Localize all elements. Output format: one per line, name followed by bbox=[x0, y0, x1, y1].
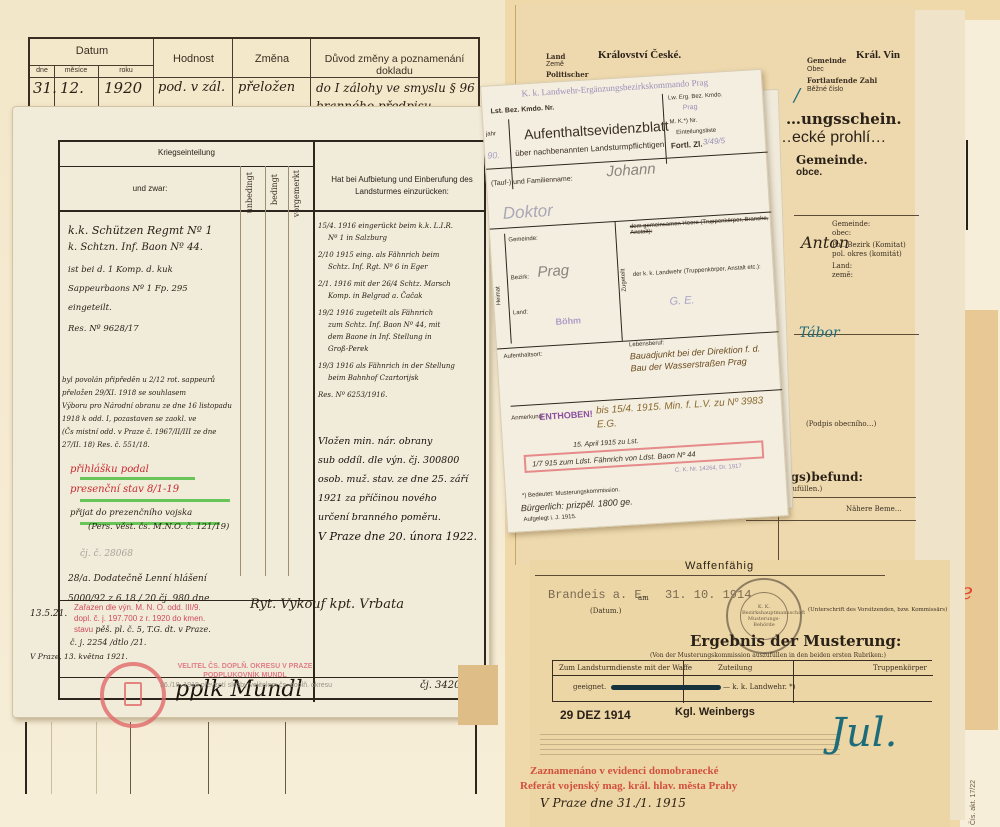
mk-label: M. K.*) Nr. bbox=[669, 118, 697, 126]
sub-roku: roku bbox=[98, 67, 154, 74]
zugeteilt-label: Zugeteilt bbox=[620, 268, 627, 291]
aufenthalt-label: Aufenthaltsort: bbox=[503, 352, 542, 360]
form-title-cz: …ecké prohlí… bbox=[776, 129, 886, 147]
green-entries: přijat do prezenčního vojska (Pers. věst… bbox=[70, 506, 229, 534]
col-vorgemerkt: vorgemerkt bbox=[292, 170, 301, 217]
hand-place: Tábor bbox=[799, 325, 840, 341]
value-hodnost: pod. v zál. bbox=[158, 80, 225, 95]
redaction-scribble bbox=[611, 685, 721, 690]
landwehr-label: der k. k. Landwehr (Truppenkörper, Ansta… bbox=[633, 263, 773, 278]
lebensberuf-label: Lebensberuf: bbox=[629, 340, 664, 348]
coat-of-arms-icon bbox=[124, 682, 142, 706]
waffenfaehig: Waffenfähig bbox=[685, 560, 754, 572]
value-dne: 31. bbox=[33, 79, 57, 97]
footer-stamp: 26./10. 1918 převzetí služby velitelem č… bbox=[160, 682, 332, 689]
und-zwar-header: und zwar: bbox=[60, 184, 240, 193]
podpis-label: (Podpis obecního…) bbox=[806, 420, 876, 428]
land-label: Land: bbox=[513, 310, 528, 317]
musterung-subtitle: (Von der Musterungskommission auszufülle… bbox=[650, 652, 886, 659]
obce-heading: obce. bbox=[796, 167, 822, 178]
header-datum: Datum bbox=[30, 45, 154, 57]
politischer-label: Politischer bbox=[546, 70, 588, 79]
hand-name: Anton bbox=[801, 233, 849, 252]
value-zmena: přeložen bbox=[238, 80, 295, 95]
zarazen-stamp: Zařazen dle výn. M. N. O. odd. III/9. do… bbox=[74, 602, 211, 635]
musterung-section: Waffenfähig Brandeis a. E. am 31. 10. 19… bbox=[530, 560, 950, 827]
landwehr-value: G. E. bbox=[669, 294, 695, 308]
fortl-label: Fortlaufende Zahl bbox=[807, 76, 877, 85]
zeme-label: Země bbox=[546, 61, 564, 68]
stamp-date: 13.5.21. bbox=[30, 609, 67, 619]
musterung-table: Zum Landsturmdienste mit der Waffe Zutei… bbox=[552, 660, 932, 702]
lw-value: Prag bbox=[683, 104, 698, 112]
header-zmena: Změna bbox=[233, 53, 311, 65]
musterung-place: Brandeis a. E. bbox=[548, 588, 649, 602]
value-roku: 1920 bbox=[104, 79, 142, 97]
gemeinde-label: Gemeinde: bbox=[508, 236, 538, 244]
bezirk-label: Bezirk: bbox=[511, 274, 530, 281]
lw-label: Lw. Erg. Bez. Kmdo. bbox=[668, 92, 723, 101]
form-title-de: …ungsschein. bbox=[786, 110, 902, 128]
musterung-place2: Kgl. Weinbergs bbox=[675, 706, 755, 718]
commander-signature: pplk Mundl bbox=[175, 677, 303, 702]
aufgelegt: Aufgelegt i. J. 1915. bbox=[523, 514, 576, 523]
stamp-ref: č. j. 2254 /dtlo /21. bbox=[70, 638, 146, 647]
red-entries: přihlášku podal presenční stav 8/1-19 bbox=[70, 460, 179, 500]
kriegseinteilung-header: Kriegseinteilung bbox=[60, 148, 313, 157]
land-label: Land bbox=[546, 52, 565, 61]
bezne-label: Běžné číslo bbox=[807, 86, 843, 93]
enthoben-stamp: ENTHOBEN! bbox=[539, 409, 593, 422]
red-round-stamp bbox=[100, 662, 166, 728]
changes-table: Datum Hodnost Změna Důvod změny a poznam… bbox=[28, 37, 480, 109]
ref-stamp: C. K. Nr. 14264, Dr. 1917 bbox=[675, 464, 742, 474]
einteilungsliste-label: Einteilungsliste bbox=[676, 128, 716, 136]
name-label: (Tauf-) und Familienname: bbox=[491, 176, 573, 188]
hand-bottom: Bürgerlich: prizpěl. 1800 ge. bbox=[521, 496, 633, 513]
card-subtitle: über nachbenannten Landsturmpflichtigen: bbox=[515, 140, 667, 158]
eingerueckt: 15. April 1915 zu Lst. bbox=[573, 438, 639, 449]
evidence-hand: V Praze dne 31./1. 1915 bbox=[540, 796, 686, 810]
right-entries: 15/4. 1916 eingerückt beim k.k. L.I.R. N… bbox=[318, 220, 486, 401]
right-note: Vložen min. nár. obrany sub oddíl. dle v… bbox=[318, 432, 488, 546]
first-name: Johann bbox=[606, 160, 656, 180]
gemeinde-value: Král. Vin bbox=[856, 49, 900, 61]
green-underline-1 bbox=[80, 477, 195, 480]
right-signature: Ryt. Vykouf kpt. Vrbata bbox=[250, 597, 404, 612]
last-name: Doktor bbox=[502, 201, 553, 224]
aufenthalt-card: K. k. Landwehr-Ergänzungsbezirkskommando… bbox=[480, 69, 789, 533]
land-value: Království České. bbox=[598, 49, 681, 61]
evidence-stamp-line2: Referát vojenský mag. král. hlav. města … bbox=[520, 780, 737, 792]
blue-signature: Jul. bbox=[830, 710, 897, 756]
left-entries: k.k. Schützen Regmt Nº 1 k. Schtzn. Inf.… bbox=[68, 224, 243, 344]
col-bedingt: bedingt bbox=[270, 174, 279, 205]
col-unbedingt: unbedingt bbox=[245, 172, 254, 213]
landsturm-card: Kriegseinteilung und zwar: unbedingt bed… bbox=[12, 106, 490, 718]
card-title: Aufenthaltsevidenzblatt bbox=[524, 118, 669, 143]
lst-label: Lst. Bez. Kmdo. Nr. bbox=[490, 105, 554, 116]
side-reference: Čís. akt. 17/22 bbox=[970, 780, 977, 825]
tan-tab bbox=[458, 665, 498, 725]
gemeinde-heading: Gemeinde. bbox=[796, 153, 868, 167]
gemeinde-label: Gemeinde bbox=[807, 56, 846, 65]
header-hodnost: Hodnost bbox=[154, 53, 233, 65]
far-right-page: Čís. akt. 17/22 e bbox=[960, 20, 1000, 827]
fine-print-footnotes bbox=[540, 730, 840, 758]
value-mesice: 12. bbox=[60, 79, 84, 97]
jahr-value: 90. bbox=[487, 150, 500, 161]
landsturm-frame: Kriegseinteilung und zwar: unbedingt bed… bbox=[58, 140, 486, 700]
einruecken-header: Hat bei Aufbietung und Einberufung des L… bbox=[322, 174, 482, 198]
naehere-label: Nähere Beme… bbox=[846, 505, 902, 513]
musterung-date2: 29 DEZ 1914 bbox=[560, 708, 631, 722]
header-duvod: Důvod změny a poznamenání dokladu bbox=[311, 53, 478, 77]
fortl-value: 3/49/5 bbox=[703, 136, 726, 146]
place-date: V Praze, 13. května 1921. bbox=[30, 652, 128, 661]
musterung-title: Ergebnis der Musterung: bbox=[690, 632, 901, 650]
sub-mesice: měsíce bbox=[54, 67, 98, 74]
booklet-bottom-rules bbox=[25, 722, 475, 794]
obec-label: Obec bbox=[807, 66, 824, 73]
pencil-ref: čj. č. 28068 bbox=[80, 549, 133, 559]
left-entries-cz: byl povolán připředěn u 2/12 rot. sappeu… bbox=[62, 374, 312, 452]
heimat-label: Heimat bbox=[495, 286, 502, 305]
green-underline-2 bbox=[80, 499, 230, 502]
fortl-label: Fortl. Zl. bbox=[671, 140, 703, 151]
sub-dne: dne bbox=[30, 67, 54, 74]
bezirk-value: Prag bbox=[537, 262, 570, 281]
evidence-stamp-line1: Zaznamenáno v evidenci domobranecké bbox=[530, 765, 719, 777]
jahr-label: jahr bbox=[486, 131, 496, 138]
land-value: Böhm bbox=[555, 315, 581, 327]
